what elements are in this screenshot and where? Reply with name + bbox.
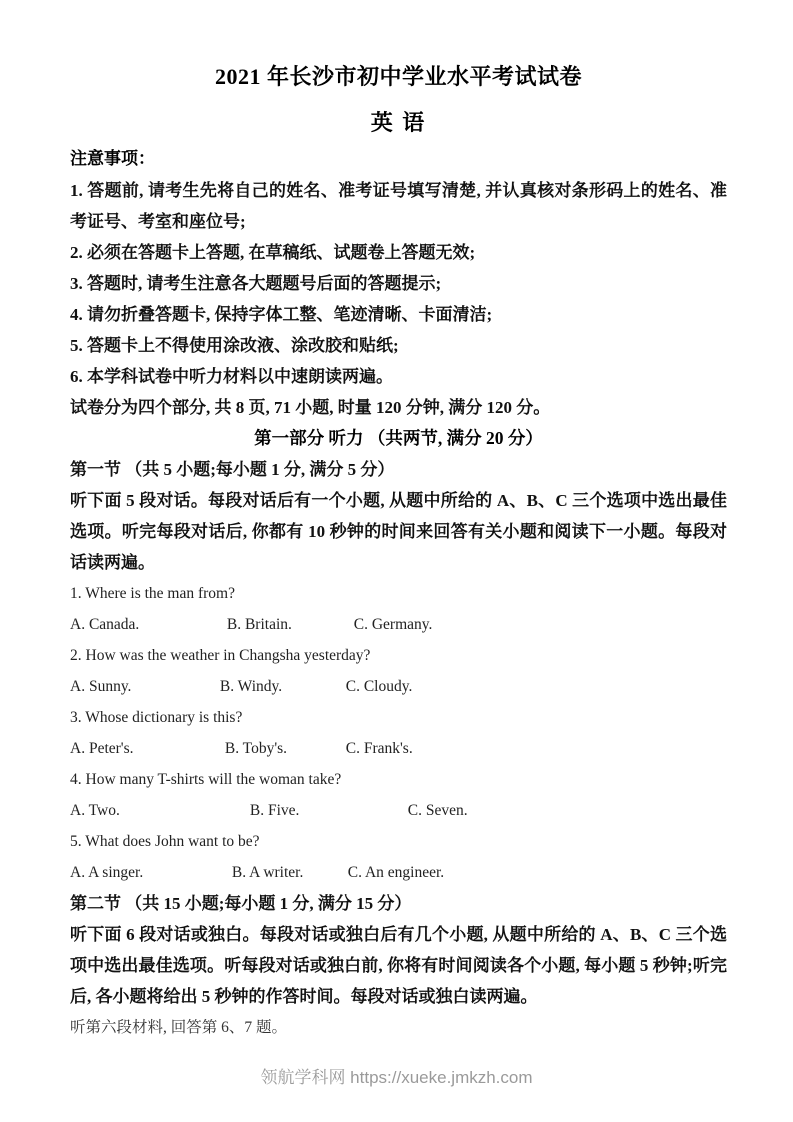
notice-item-1: 1. 答题前, 请考生先将自己的姓名、准考证号填写清楚, 并认真核对条形码上的姓…: [70, 175, 727, 237]
option-row: A. A singer. B. A writer. C. An engineer…: [70, 857, 727, 888]
option-a: A. Peter's.: [70, 733, 221, 764]
question-block-1: 1. Where is the man from? A. Canada. B. …: [70, 578, 727, 640]
option-c: C. Frank's.: [346, 733, 413, 764]
question-block-3: 3. Whose dictionary is this? A. Peter's.…: [70, 702, 727, 764]
watermark: 领航学科网 https://xueke.jmkzh.com: [0, 1066, 793, 1090]
option-a: A. Sunny.: [70, 671, 216, 702]
notice-heading: 注意事项：: [70, 148, 727, 170]
question-text: 1. Where is the man from?: [70, 578, 727, 609]
paper-summary: 试卷分为四个部分, 共 8 页, 71 小题, 时量 120 分钟, 满分 12…: [70, 392, 727, 423]
notice-item-3: 3. 答题时, 请考生注意各大题题号后面的答题提示;: [70, 268, 727, 299]
subject-title: 英 语: [70, 108, 727, 138]
option-c: C. An engineer.: [348, 857, 444, 888]
section2-heading: 第二节 （共 15 小题;每小题 1 分, 满分 15 分）: [70, 888, 727, 919]
section2-instructions: 听下面 6 段对话或独白。每段对话或独白后有几个小题, 从题中所给的 A、B、C…: [70, 919, 727, 1012]
page-content: 2021 年长沙市初中学业水平考试试卷 英 语 注意事项： 1. 答题前, 请考…: [0, 62, 793, 1043]
option-b: B. A writer.: [232, 857, 344, 888]
option-row: A. Peter's. B. Toby's. C. Frank's.: [70, 733, 727, 764]
section1-instructions: 听下面 5 段对话。每段对话后有一个小题, 从题中所给的 A、B、C 三个选项中…: [70, 485, 727, 578]
option-c: C. Cloudy.: [346, 671, 413, 702]
question-text: 2. How was the weather in Changsha yeste…: [70, 640, 727, 671]
question-text: 5. What does John want to be?: [70, 826, 727, 857]
notice-item-6: 6. 本学科试卷中听力材料以中速朗读两遍。: [70, 361, 727, 392]
option-b: B. Toby's.: [225, 733, 342, 764]
option-row: A. Canada. B. Britain. C. Germany.: [70, 609, 727, 640]
option-b: B. Britain.: [227, 609, 350, 640]
question-block-5: 5. What does John want to be? A. A singe…: [70, 826, 727, 888]
notice-item-4: 4. 请勿折叠答题卡, 保持字体工整、笔迹清晰、卡面清洁;: [70, 299, 727, 330]
option-row: A. Two. B. Five. C. Seven.: [70, 795, 727, 826]
page-title: 2021 年长沙市初中学业水平考试试卷: [70, 62, 727, 92]
question-block-4: 4. How many T-shirts will the woman take…: [70, 764, 727, 826]
material-note: 听第六段材料, 回答第 6、7 题。: [70, 1012, 727, 1043]
notice-list: 1. 答题前, 请考生先将自己的姓名、准考证号填写清楚, 并认真核对条形码上的姓…: [70, 175, 727, 392]
section1-heading: 第一节 （共 5 小题;每小题 1 分, 满分 5 分）: [70, 454, 727, 485]
part1-heading: 第一部分 听力 （共两节, 满分 20 分）: [70, 423, 727, 454]
option-b: B. Windy.: [220, 671, 342, 702]
question-block-2: 2. How was the weather in Changsha yeste…: [70, 640, 727, 702]
notice-item-5: 5. 答题卡上不得使用涂改液、涂改胶和贴纸;: [70, 330, 727, 361]
option-a: A. A singer.: [70, 857, 228, 888]
option-a: A. Two.: [70, 795, 246, 826]
option-a: A. Canada.: [70, 609, 223, 640]
question-text: 4. How many T-shirts will the woman take…: [70, 764, 727, 795]
option-c: C. Germany.: [354, 609, 433, 640]
question-text: 3. Whose dictionary is this?: [70, 702, 727, 733]
option-row: A. Sunny. B. Windy. C. Cloudy.: [70, 671, 727, 702]
option-b: B. Five.: [250, 795, 404, 826]
exam-paper-page: 2021 年长沙市初中学业水平考试试卷 英 语 注意事项： 1. 答题前, 请考…: [0, 0, 793, 1122]
option-c: C. Seven.: [408, 795, 468, 826]
notice-item-2: 2. 必须在答题卡上答题, 在草稿纸、试题卷上答题无效;: [70, 237, 727, 268]
